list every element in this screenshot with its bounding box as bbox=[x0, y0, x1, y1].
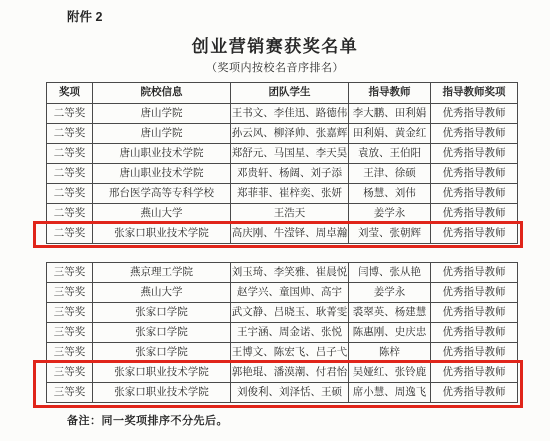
table-row: 三等奖张家口学院武文静、吕晓玉、耿菁雯裘翠英、杨建慧优秀指导教师 bbox=[47, 303, 518, 323]
table-cell: 二等奖 bbox=[47, 164, 93, 184]
table-cell: 姜学永 bbox=[349, 204, 431, 224]
table-cell: 二等奖 bbox=[47, 224, 93, 244]
table-cell: 唐山职业技术学院 bbox=[93, 164, 231, 184]
table-cell: 王浩天 bbox=[231, 204, 349, 224]
table-cell: 二等奖 bbox=[47, 204, 93, 224]
table-cell: 二等奖 bbox=[47, 184, 93, 204]
page-title: 创业营销赛获奖名单 bbox=[0, 32, 550, 57]
header-award: 奖项 bbox=[47, 83, 93, 104]
table-cell: 唐山职业技术学院 bbox=[93, 144, 231, 164]
table-row: 二等奖唐山职业技术学院郑舒元、马国星、李天昊袁放、王伯阳优秀指导教师 bbox=[47, 144, 518, 164]
table-cell: 优秀指导教师 bbox=[431, 124, 518, 144]
table-cell: 张家口职业技术学院 bbox=[93, 363, 231, 383]
second-prize-table: 奖项 院校信息 团队学生 指导教师 指导教师奖项 二等奖唐山学院王书文、李佳迅、… bbox=[46, 82, 518, 244]
table-cell: 二等奖 bbox=[47, 124, 93, 144]
table-cell: 三等奖 bbox=[47, 343, 93, 363]
table-cell: 优秀指导教师 bbox=[431, 383, 518, 403]
table-cell: 燕京理工学院 bbox=[93, 263, 231, 283]
table-cell: 席小慧、周逸飞 bbox=[349, 383, 431, 403]
table-cell: 陈梓 bbox=[349, 343, 431, 363]
table-row: 三等奖张家口学院王宇涵、周金诺、张悦陈惠刚、史庆忠优秀指导教师 bbox=[47, 323, 518, 343]
table-cell: 张家口学院 bbox=[93, 303, 231, 323]
document-page: 附件 2 创业营销赛获奖名单 （奖项内按校名音序排名） 奖项 院校信息 团队学生… bbox=[0, 0, 550, 441]
table-cell: 优秀指导教师 bbox=[431, 343, 518, 363]
table-cell: 优秀指导教师 bbox=[431, 204, 518, 224]
table-row: 二等奖邢台医学高等专科学校郑菲菲、崔梓奕、张妍杨慧、刘伟优秀指导教师 bbox=[47, 184, 518, 204]
table-cell: 袁放、王伯阳 bbox=[349, 144, 431, 164]
table-cell: 燕山大学 bbox=[93, 204, 231, 224]
table-header-row: 奖项 院校信息 团队学生 指导教师 指导教师奖项 bbox=[47, 83, 518, 104]
table-cell: 三等奖 bbox=[47, 363, 93, 383]
header-students: 团队学生 bbox=[231, 83, 349, 104]
table-cell: 刘玉琦、李笑雅、崔晨悦 bbox=[231, 263, 349, 283]
table-cell: 优秀指导教师 bbox=[431, 323, 518, 343]
table-cell: 武文静、吕晓玉、耿菁雯 bbox=[231, 303, 349, 323]
table-cell: 优秀指导教师 bbox=[431, 303, 518, 323]
table-row: 三等奖张家口职业技术学院郭艳琨、潘漠潮、付君怡吴娅红、张铃鹿优秀指导教师 bbox=[47, 363, 518, 383]
table-cell: 王津、徐硕 bbox=[349, 164, 431, 184]
table-cell: 优秀指导教师 bbox=[431, 164, 518, 184]
header-teacher-award: 指导教师奖项 bbox=[431, 83, 518, 104]
table-cell: 优秀指导教师 bbox=[431, 283, 518, 303]
table-row: 二等奖唐山职业技术学院邓贵轩、杨阔、刘子添王津、徐硕优秀指导教师 bbox=[47, 164, 518, 184]
table-cell: 吴娅红、张铃鹿 bbox=[349, 363, 431, 383]
table-cell: 张家口学院 bbox=[93, 323, 231, 343]
table-cell: 王书文、李佳迅、路德伟 bbox=[231, 104, 349, 124]
table-cell: 裘翠英、杨建慧 bbox=[349, 303, 431, 323]
third-prize-rows: 三等奖燕京理工学院刘玉琦、李笑雅、崔晨悦闫博、张从艳优秀指导教师三等奖燕山大学赵… bbox=[47, 263, 518, 403]
table-cell: 郑舒元、马国星、李天昊 bbox=[231, 144, 349, 164]
table-row: 三等奖张家口学院王博文、陈宏飞、吕子弋陈梓优秀指导教师 bbox=[47, 343, 518, 363]
table-cell: 田利娟、黄金红 bbox=[349, 124, 431, 144]
table-cell: 三等奖 bbox=[47, 283, 93, 303]
attachment-label: 附件 2 bbox=[67, 7, 102, 25]
table-cell: 优秀指导教师 bbox=[431, 184, 518, 204]
table-cell: 杨慧、刘伟 bbox=[349, 184, 431, 204]
table-cell: 郭艳琨、潘漠潮、付君怡 bbox=[231, 363, 349, 383]
header-school: 院校信息 bbox=[93, 83, 231, 104]
table-cell: 张家口学院 bbox=[93, 343, 231, 363]
table-row: 二等奖张家口职业技术学院高庆刚、牛滢铎、周卓瀚刘莹、张朝辉优秀指导教师 bbox=[47, 224, 518, 244]
table-cell: 优秀指导教师 bbox=[431, 144, 518, 164]
table-cell: 燕山大学 bbox=[93, 283, 231, 303]
table-cell: 三等奖 bbox=[47, 323, 93, 343]
table-cell: 邓贵轩、杨阔、刘子添 bbox=[231, 164, 349, 184]
table-cell: 高庆刚、牛滢铎、周卓瀚 bbox=[231, 224, 349, 244]
footnote: 备注：同一奖项排序不分先后。 bbox=[67, 412, 228, 428]
table-cell: 二等奖 bbox=[47, 104, 93, 124]
table-cell: 孙云风、柳泽帅、张嘉辉 bbox=[231, 124, 349, 144]
table-cell: 三等奖 bbox=[47, 263, 93, 283]
table-cell: 优秀指导教师 bbox=[431, 224, 518, 244]
table-row: 二等奖唐山学院王书文、李佳迅、路德伟李大鹏、田利娟优秀指导教师 bbox=[47, 104, 518, 124]
page-subtitle: （奖项内按校名音序排名） bbox=[0, 59, 550, 75]
table-row: 三等奖燕山大学赵学兴、童国帅、高宇姜学永优秀指导教师 bbox=[47, 283, 518, 303]
table-cell: 张家口职业技术学院 bbox=[93, 383, 231, 403]
table-cell: 唐山学院 bbox=[93, 104, 231, 124]
table-cell: 张家口职业技术学院 bbox=[93, 224, 231, 244]
table-cell: 二等奖 bbox=[47, 144, 93, 164]
table-cell: 郑菲菲、崔梓奕、张妍 bbox=[231, 184, 349, 204]
second-prize-rows: 二等奖唐山学院王书文、李佳迅、路德伟李大鹏、田利娟优秀指导教师二等奖唐山学院孙云… bbox=[47, 104, 518, 244]
table-cell: 王博文、陈宏飞、吕子弋 bbox=[231, 343, 349, 363]
table-cell: 刘俊利、刘泽恬、王硕 bbox=[231, 383, 349, 403]
table-row: 三等奖燕京理工学院刘玉琦、李笑雅、崔晨悦闫博、张从艳优秀指导教师 bbox=[47, 263, 518, 283]
table-cell: 优秀指导教师 bbox=[431, 363, 518, 383]
table-cell: 陈惠刚、史庆忠 bbox=[349, 323, 431, 343]
table-cell: 唐山学院 bbox=[93, 124, 231, 144]
table-cell: 优秀指导教师 bbox=[431, 104, 518, 124]
table-cell: 邢台医学高等专科学校 bbox=[93, 184, 231, 204]
table-cell: 李大鹏、田利娟 bbox=[349, 104, 431, 124]
table-cell: 闫博、张从艳 bbox=[349, 263, 431, 283]
third-prize-table: 三等奖燕京理工学院刘玉琦、李笑雅、崔晨悦闫博、张从艳优秀指导教师三等奖燕山大学赵… bbox=[46, 262, 518, 403]
table-row: 二等奖燕山大学王浩天姜学永优秀指导教师 bbox=[47, 204, 518, 224]
table-cell: 姜学永 bbox=[349, 283, 431, 303]
table-cell: 三等奖 bbox=[47, 383, 93, 403]
table-cell: 优秀指导教师 bbox=[431, 263, 518, 283]
table-row: 三等奖张家口职业技术学院刘俊利、刘泽恬、王硕席小慧、周逸飞优秀指导教师 bbox=[47, 383, 518, 403]
table-row: 二等奖唐山学院孙云风、柳泽帅、张嘉辉田利娟、黄金红优秀指导教师 bbox=[47, 124, 518, 144]
table-cell: 王宇涵、周金诺、张悦 bbox=[231, 323, 349, 343]
table-cell: 三等奖 bbox=[47, 303, 93, 323]
header-teachers: 指导教师 bbox=[349, 83, 431, 104]
table-cell: 刘莹、张朝辉 bbox=[349, 224, 431, 244]
table-cell: 赵学兴、童国帅、高宇 bbox=[231, 283, 349, 303]
